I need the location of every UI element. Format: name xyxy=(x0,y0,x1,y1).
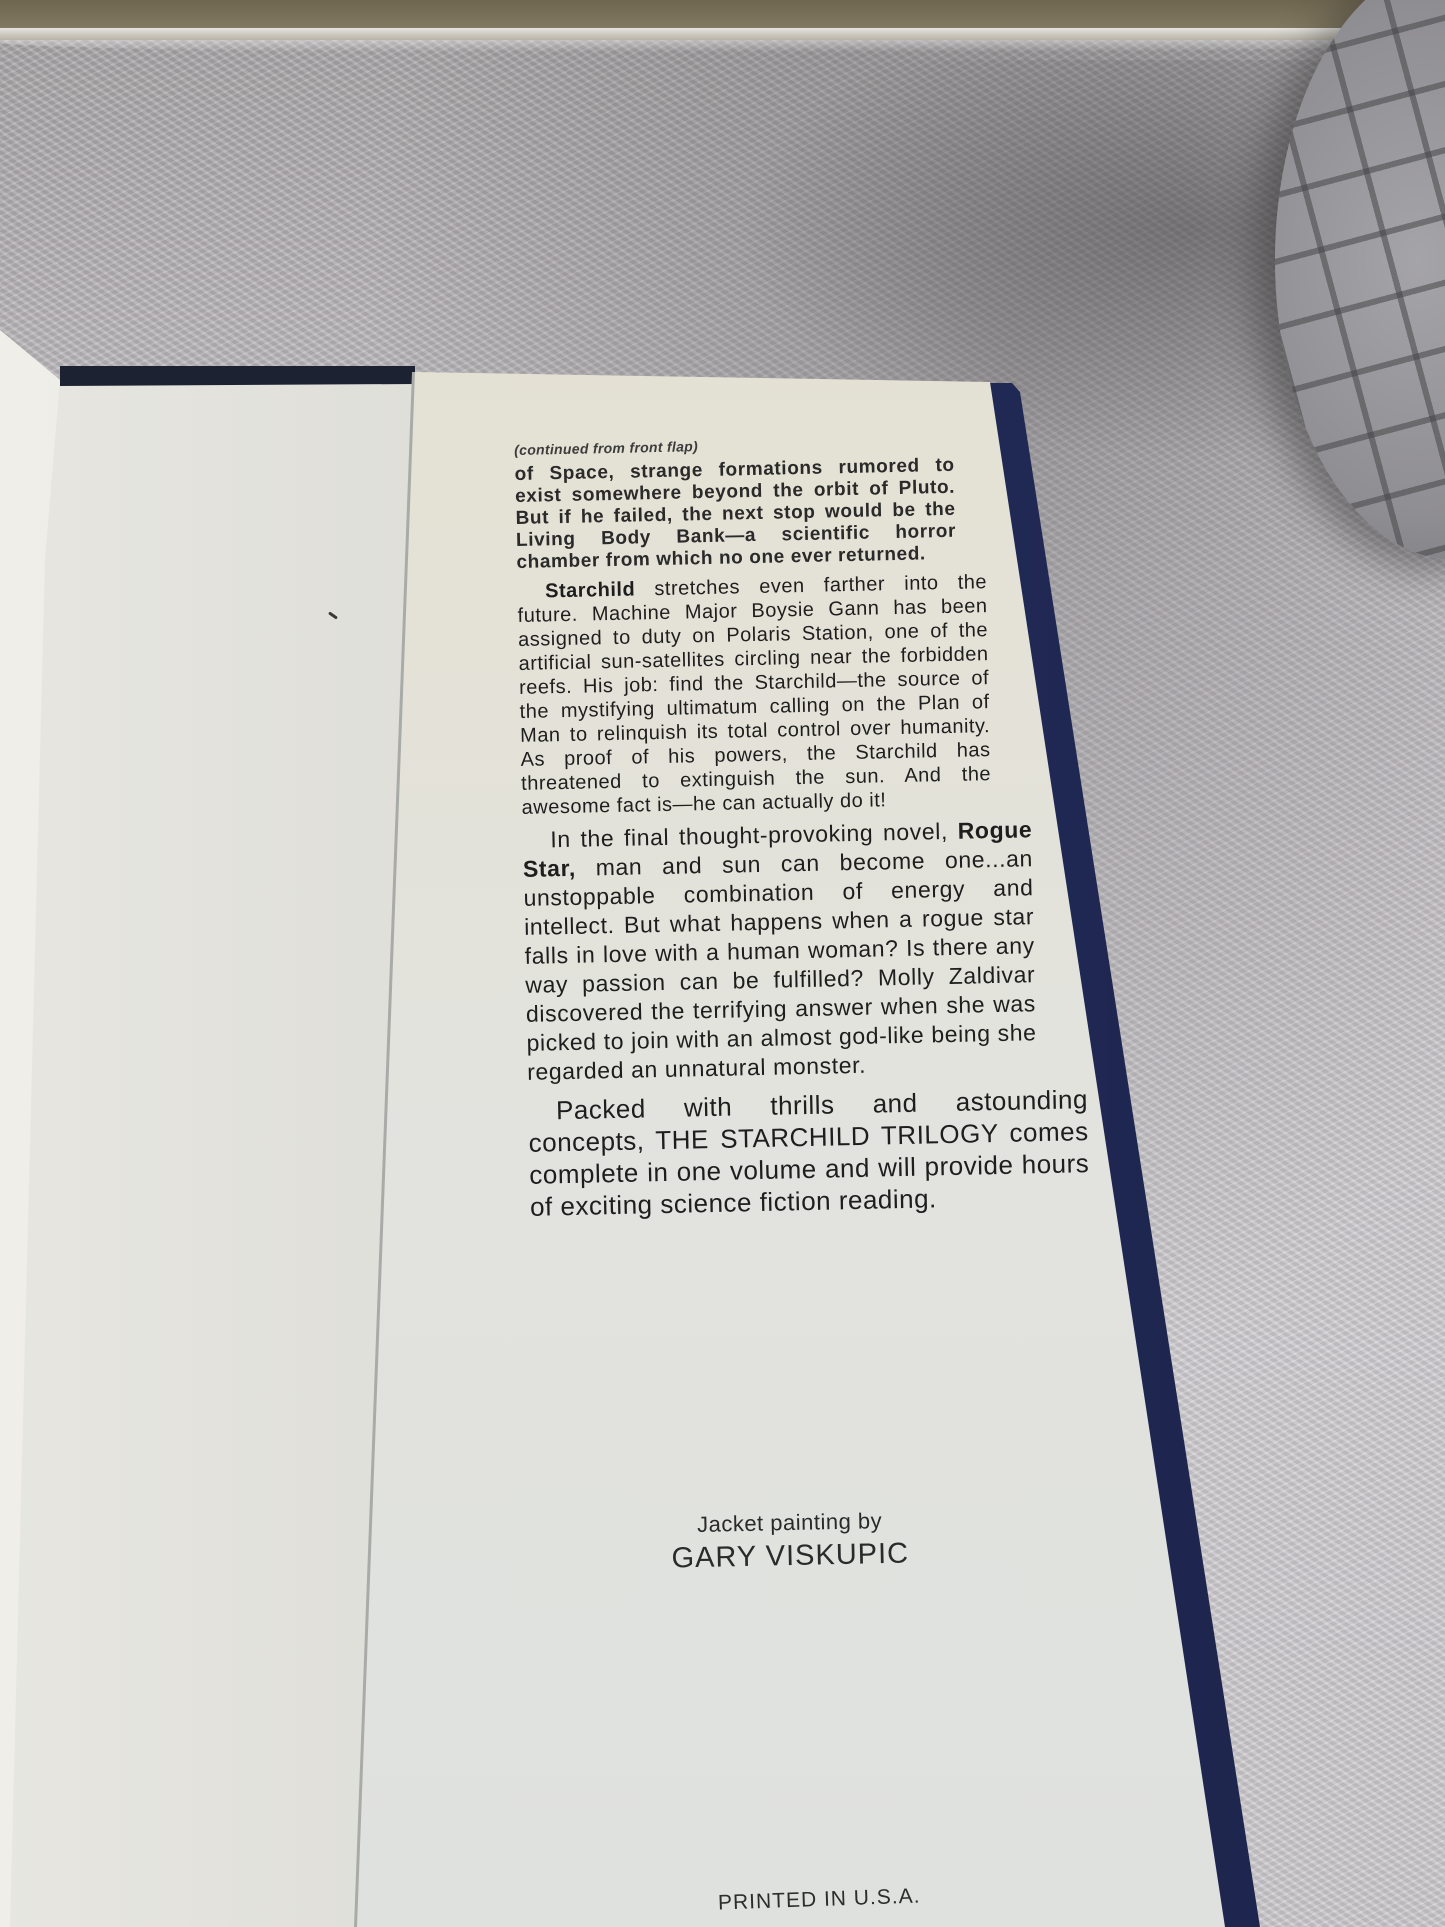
paragraph-4-text: Packed with thrills and astounding conce… xyxy=(528,1084,1089,1222)
paragraph-2-text: stretches even farther into the future. … xyxy=(517,571,991,819)
paragraph-1: of Space, strange formations rumored to … xyxy=(514,455,956,574)
paragraph-4: Packed with thrills and astounding conce… xyxy=(528,1083,1091,1223)
paragraph-3: In the final thought-provoking novel, Ro… xyxy=(522,815,1037,1087)
credit-name: GARY VISKUPIC xyxy=(640,1537,941,1576)
flap-copy: (continued from front flap) of Space, st… xyxy=(514,430,1085,1222)
jacket-credit: Jacket painting by GARY VISKUPIC xyxy=(639,1507,940,1576)
paragraph-2: Starchild stretches even farther into th… xyxy=(517,570,992,820)
starchild-title: Starchild xyxy=(545,578,636,602)
open-book: (continued from front flap) of Space, st… xyxy=(0,0,1445,1927)
paragraph-3-text: man and sun can become one...an unstoppa… xyxy=(523,845,1036,1085)
credit-label: Jacket painting by xyxy=(639,1507,939,1539)
